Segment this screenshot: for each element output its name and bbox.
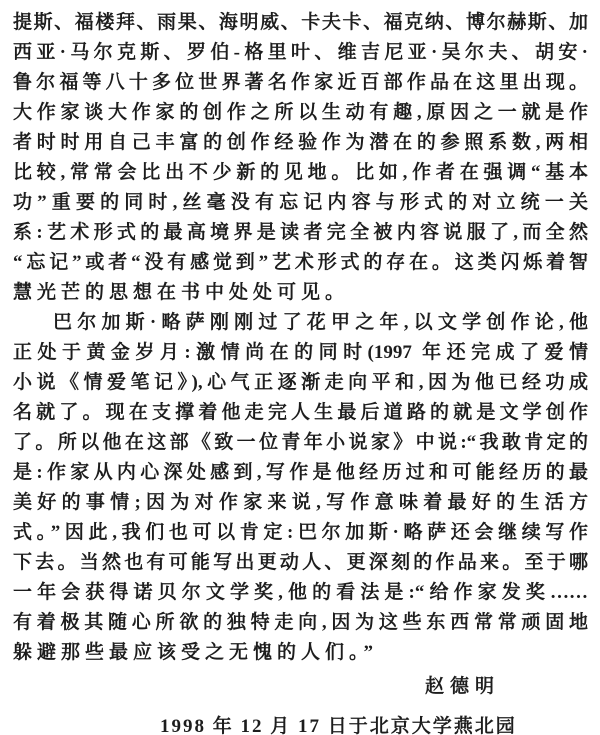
text-line: 巴尔加斯·略萨刚刚过了花甲之年,以文学创作论,他 — [13, 308, 588, 338]
text-line: 慧光芒的思想在书中处处可见。 — [13, 278, 588, 308]
text-line: 小说《情爱笔记》),心气正逐渐走向平和,因为他已经功成 — [13, 368, 588, 398]
text-line: 比较,常常会比出不少新的见地。比如,作者在强调“基本 — [13, 158, 588, 188]
text-line: 西亚·马尔克斯、罗伯-格里叶、维吉尼亚·吴尔夫、胡安· — [13, 38, 588, 68]
text-line: 了。所以他在这部《致一位青年小说家》中说:“我敢肯定的 — [13, 428, 588, 458]
text-line: 鲁尔福等八十多位世界著名作家近百部作品在这里出现。 — [13, 68, 588, 98]
text-block: 提斯、福楼拜、雨果、海明威、卡夫卡、福克纳、博尔赫斯、加西亚·马尔克斯、罗伯-格… — [13, 8, 588, 735]
text-line: 功”重要的同时,丝毫没有忘记内容与形式的对立统一关 — [13, 188, 588, 218]
text-line: 提斯、福楼拜、雨果、海明威、卡夫卡、福克纳、博尔赫斯、加 — [13, 8, 588, 38]
text-line: 名就了。现在支撑着他走完人生最后道路的就是文学创作 — [13, 398, 588, 428]
text-line: 大作家谈大作家的创作之所以生动有趣,原因之一就是作 — [13, 98, 588, 128]
paragraph-1: 提斯、福楼拜、雨果、海明威、卡夫卡、福克纳、博尔赫斯、加西亚·马尔克斯、罗伯-格… — [13, 8, 588, 308]
text-line: 者时时用自己丰富的创作经验作为潜在的参照系数,两相 — [13, 128, 588, 158]
text-line: 下去。当然也有可能写出更动人、更深刻的作品来。至于哪 — [13, 548, 588, 578]
text-line: 美好的事情;因为对作家来说,写作意味着最好的生活方 — [13, 488, 588, 518]
text-line: “忘记”或者“没有感觉到”艺术形式的存在。这类闪烁着智 — [13, 248, 588, 278]
text-line: 躲避那些最应该受之无愧的人们。” — [13, 638, 588, 668]
text-line: 一年会获得诺贝尔文学奖,他的看法是:“给作家发奖…… — [13, 578, 588, 608]
text-line: 是:作家从内心深处感到,写作是他经历过和可能经历的最 — [13, 458, 588, 488]
text-line: 式。”因此,我们也可以肯定:巴尔加斯·略萨还会继续写作 — [13, 518, 588, 548]
text-line: 有着极其随心所欲的独特走向,因为这些东西常常顽固地 — [13, 608, 588, 638]
paragraph-2: 巴尔加斯·略萨刚刚过了花甲之年,以文学创作论,他正处于黄金岁月:激情尚在的同时(… — [13, 308, 588, 668]
text-line: 系:艺术形式的最高境界是读者完全被内容说服了,而全然 — [13, 218, 588, 248]
text-line: 正处于黄金岁月:激情尚在的同时(1997 年还完成了爱情 — [13, 338, 588, 368]
book-page: 提斯、福楼拜、雨果、海明威、卡夫卡、福克纳、博尔赫斯、加西亚·马尔克斯、罗伯-格… — [0, 0, 600, 735]
author-signature: 赵德明 — [13, 672, 588, 702]
dateline: 1998 年 12 月 17 日于北京大学燕北园 — [13, 712, 588, 735]
